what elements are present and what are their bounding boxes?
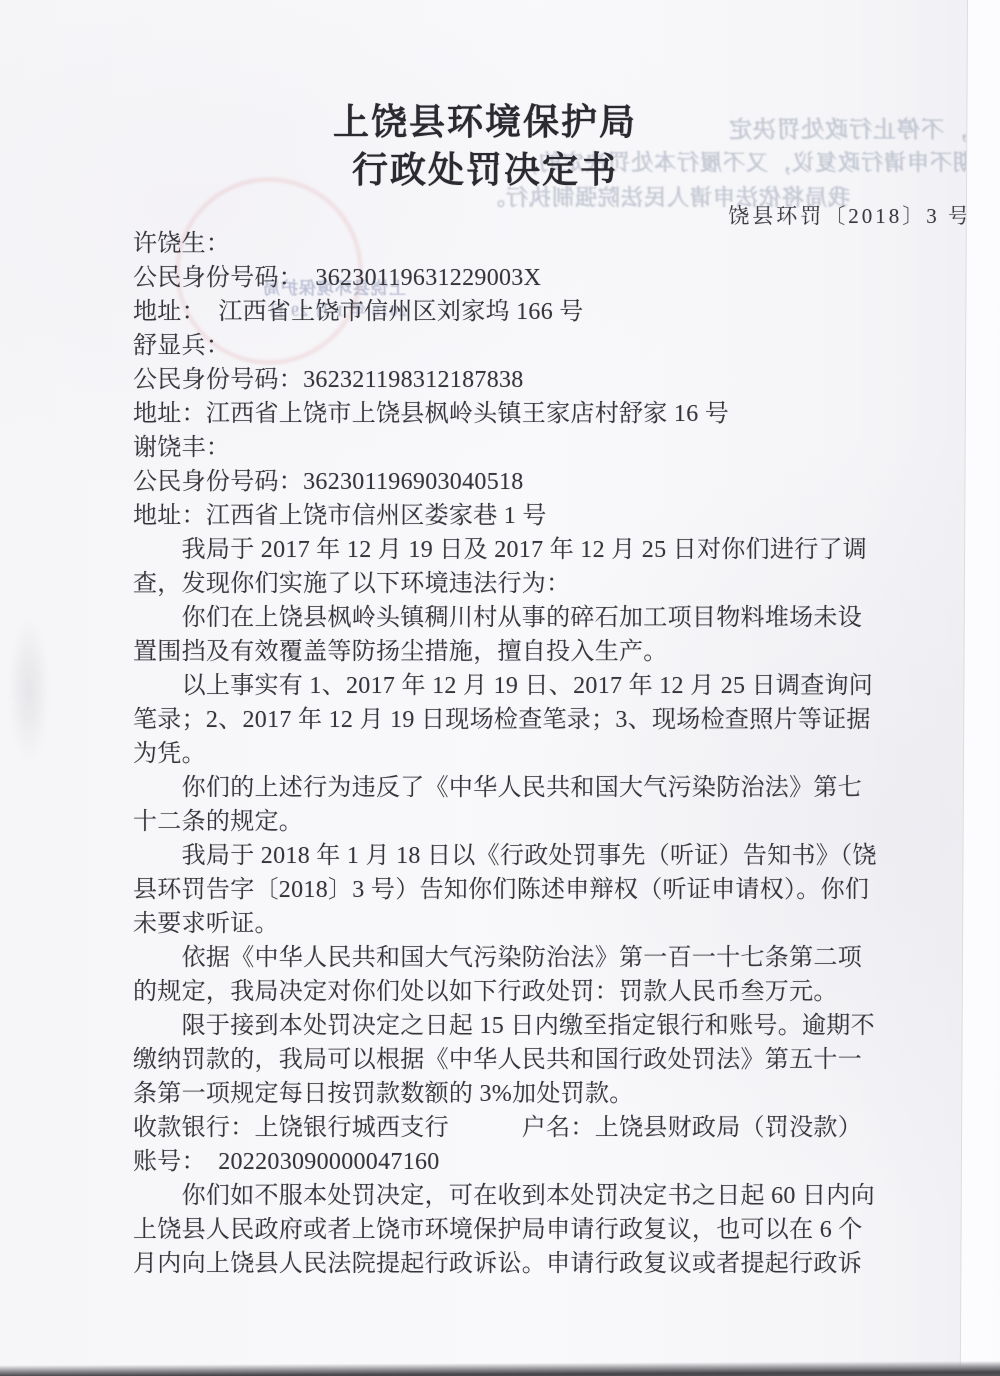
document-line: 公民身份号码： 36230119631229003X [133, 261, 943, 295]
scan-smudge [8, 615, 50, 765]
paper-right-edge [960, 0, 1000, 1376]
document-body: 许饶生：公民身份号码： 36230119631229003X地址： 江西省上饶市… [133, 227, 943, 1281]
scanned-document: 上饶县环境保护局 2018 年 1 月 29 日 讼，不停止行政处罚决定 逾期不… [0, 0, 1000, 1376]
document-line: 你们的上述行为违反了《中华人民共和国大气污染防治法》第七 [133, 771, 943, 805]
document-line: 依据《中华人民共和国大气污染防治法》第一百一十七条第二项 [133, 941, 943, 975]
document-line: 以上事实有 1、2017 年 12 月 19 日、2017 年 12 月 25 … [133, 669, 943, 703]
document-line: 月内向上饶县人民法院提起行政诉讼。申请行政复议或者提起行政诉 [133, 1247, 943, 1281]
document-line: 地址：江西省上饶市上饶县枫岭头镇王家店村舒家 16 号 [133, 397, 943, 431]
document-line: 我局于 2017 年 12 月 19 日及 2017 年 12 月 25 日对你… [133, 533, 943, 567]
document-line: 条第一项规定每日按罚款数额的 3%加处罚款。 [133, 1077, 943, 1111]
document-line: 县环罚告字〔2018〕3 号）告知你们陈述申辩权（听证申请权）。你们 [133, 873, 943, 907]
document-line: 十二条的规定。 [133, 805, 943, 839]
document-line: 的规定，我局决定对你们处以如下行政处罚：罚款人民币叁万元。 [133, 975, 943, 1009]
document-line: 限于接到本处罚决定之日起 15 日内缴至指定银行和账号。逾期不 [133, 1009, 943, 1043]
document-line: 为凭。 [133, 737, 943, 771]
document-line: 公民身份号码：362321198312187838 [133, 363, 943, 397]
document-line: 上饶县人民政府或者上饶市环境保护局申请行政复议，也可以在 6 个 [133, 1213, 943, 1247]
document-title-line2: 行政处罚决定书 [0, 146, 970, 194]
document-line: 舒显兵： [133, 329, 943, 363]
document-line: 你们如不服本处罚决定，可在收到本处罚决定书之日起 60 日内向 [133, 1179, 943, 1213]
document-line: 许饶生： [133, 227, 943, 261]
document-line: 地址：江西省上饶市信州区娄家巷 1 号 [133, 499, 943, 533]
document-line: 置围挡及有效覆盖等防扬尘措施，擅自投入生产。 [133, 635, 943, 669]
document-line: 我局于 2018 年 1 月 18 日以《行政处罚事先（听证）告知书》（饶 [133, 839, 943, 873]
document-line: 公民身份号码：362301196903040518 [133, 465, 943, 499]
document-line: 谢饶丰： [133, 431, 943, 465]
document-line: 收款银行：上饶银行城西支行 户名：上饶县财政局（罚没款） [133, 1111, 943, 1145]
document-line: 地址： 江西省上饶市信州区刘家坞 166 号 [133, 295, 943, 329]
document-line: 查，发现你们实施了以下环境违法行为： [133, 567, 943, 601]
document-line: 未要求听证。 [133, 907, 943, 941]
document-line: 笔录；2、2017 年 12 月 19 日现场检查笔录；3、现场检查照片等证据 [133, 703, 943, 737]
document-title-line1: 上饶县环境保护局 [0, 98, 970, 146]
document-line: 账号： 202203090000047160 [133, 1145, 943, 1179]
document-line: 缴纳罚款的，我局可以根据《中华人民共和国行政处罚法》第五十一 [133, 1043, 943, 1077]
document-line: 你们在上饶县枫岭头镇稠川村从事的碎石加工项目物料堆场未设 [133, 601, 943, 635]
document-title: 上饶县环境保护局 行政处罚决定书 [0, 98, 970, 194]
document-number: 饶县环罚〔2018〕3 号 [728, 200, 972, 230]
